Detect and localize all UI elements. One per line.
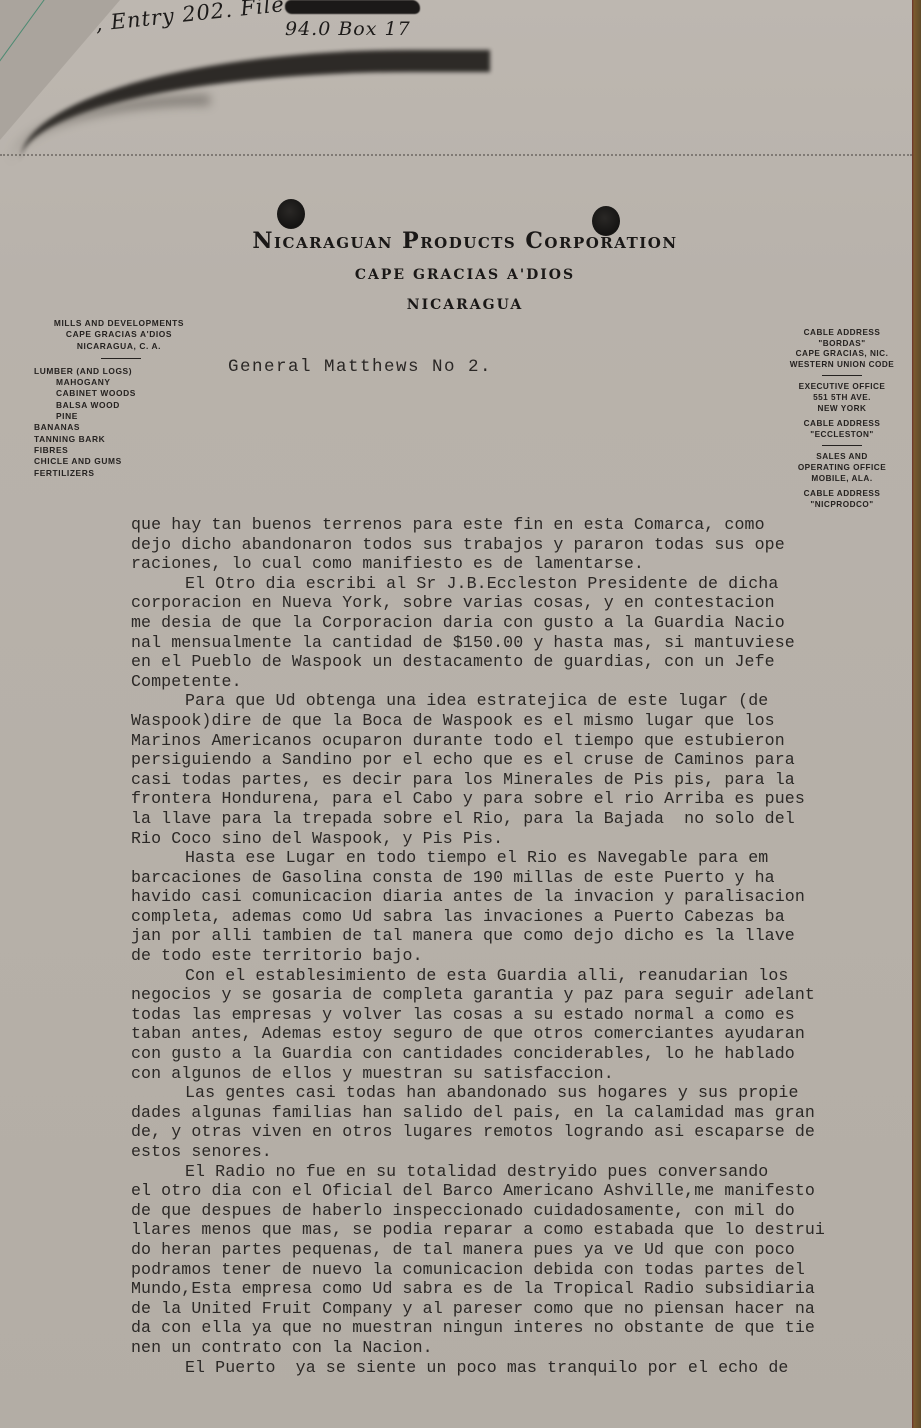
letter-line: de todo este territorio bajo.: [131, 946, 912, 966]
letter-salutation: General Matthews No 2.: [228, 357, 492, 377]
scanned-letter-page: , Entry 202. File 94.0 Box 17 Nicaraguan…: [0, 0, 912, 1428]
letterhead-location: CAPE GRACIAS A'DIOS: [160, 267, 770, 283]
product-item: LUMBER (AND LOGS): [34, 366, 214, 377]
office-info-line: EXECUTIVE OFFICE: [782, 382, 902, 393]
cable-info-line: WESTERN UNION CODE: [782, 360, 902, 371]
letter-line: Con el establesimiento de esta Guardia a…: [131, 966, 912, 986]
letter-line: Competente.: [131, 672, 912, 692]
letterhead-right-column: CABLE ADDRESS "BORDAS" CAPE GRACIAS, NIC…: [782, 328, 902, 510]
letter-line: raciones, lo cual como manifiesto es de …: [131, 554, 912, 574]
office-info-line: OPERATING OFFICE: [782, 463, 902, 474]
letter-line: El Otro dia escribi al Sr J.B.Eccleston …: [131, 574, 912, 594]
letter-line: el otro dia con el Oficial del Barco Ame…: [131, 1181, 912, 1201]
letter-body: que hay tan buenos terrenos para este fi…: [131, 515, 912, 1377]
product-item: PINE: [34, 411, 214, 422]
left-header-line: NICARAGUA, C. A.: [34, 341, 204, 352]
product-item: BALSA WOOD: [34, 400, 214, 411]
left-header-line: MILLS AND DEVELOPMENTS: [34, 318, 204, 329]
divider: [822, 445, 862, 446]
letter-line: de que despues de haberlo inspeccionado …: [131, 1201, 912, 1221]
product-item: BANANAS: [34, 422, 214, 433]
office-info-line: MOBILE, ALA.: [782, 474, 902, 485]
cable-info-line: "NICPRODCO": [782, 500, 902, 511]
letter-line: que hay tan buenos terrenos para este fi…: [131, 515, 912, 535]
letter-line: do heran partes pequenas, de tal manera …: [131, 1240, 912, 1260]
product-item: FERTILIZERS: [34, 468, 214, 479]
punch-hole-left: [277, 199, 305, 229]
left-header-line: CAPE GRACIAS A'DIOS: [34, 329, 204, 340]
letter-line: Waspook)dire de que la Boca de Waspook e…: [131, 711, 912, 731]
cable-info-line: CABLE ADDRESS: [782, 328, 902, 339]
cable-info-line: "ECCLESTON": [782, 430, 902, 441]
product-item: MAHOGANY: [34, 377, 214, 388]
letter-line: Las gentes casi todas han abandonado sus…: [131, 1083, 912, 1103]
letter-line: estos senores.: [131, 1142, 912, 1162]
letter-line: nal mensualmente la cantidad de $150.00 …: [131, 633, 912, 653]
cable-info-line: "BORDAS": [782, 339, 902, 350]
page-fold-line: [0, 154, 912, 157]
page-edge-background: [912, 0, 921, 1428]
letter-line: todas las empresas y volver las cosas a …: [131, 1005, 912, 1025]
handwritten-box-number: 94.0 Box 17: [285, 18, 411, 40]
letter-line: podramos tener de nuevo la comunicacion …: [131, 1260, 912, 1280]
letter-line: con gusto a la Guardia con cantidades co…: [131, 1044, 912, 1064]
cable-info-line: CABLE ADDRESS: [782, 489, 902, 500]
letter-line: Mundo,Esta empresa como Ud sabra es de l…: [131, 1279, 912, 1299]
divider: [822, 375, 862, 376]
letter-line: casi todas partes, es decir para los Min…: [131, 770, 912, 790]
letterhead-country: NICARAGUA: [160, 297, 770, 313]
letter-line: con algunos de ellos y muestran su satis…: [131, 1064, 912, 1084]
product-item: TANNING BARK: [34, 434, 214, 445]
cable-info-line: CAPE GRACIAS, NIC.: [782, 349, 902, 360]
letter-line: de, y otras viven en otros lugares remot…: [131, 1122, 912, 1142]
letter-line: Marinos Americanos ocuparon durante todo…: [131, 731, 912, 751]
letter-line: havido casi comunicacion diaria antes de…: [131, 887, 912, 907]
letter-line: taban antes, Ademas estoy seguro de que …: [131, 1024, 912, 1044]
handwritten-archive-note: , Entry 202. File: [94, 0, 286, 36]
letter-line: dades algunas familias han salido del pa…: [131, 1103, 912, 1123]
letter-line: persiguiendo a Sandino por el echo que e…: [131, 750, 912, 770]
letter-line: en el Pueblo de Waspook un destacamento …: [131, 652, 912, 672]
letter-line: llares menos que mas, se podia reparar a…: [131, 1220, 912, 1240]
letter-line: nen un contrato con la Nacion.: [131, 1338, 912, 1358]
divider: [101, 358, 141, 359]
product-item: CABINET WOODS: [34, 388, 214, 399]
product-item: FIBRES: [34, 445, 214, 456]
office-info-line: SALES AND: [782, 452, 902, 463]
letter-line: da con ella ya que no muestran ningun in…: [131, 1318, 912, 1338]
letter-line: dejo dicho abandonaron todos sus trabajo…: [131, 535, 912, 555]
letterhead-left-column: MILLS AND DEVELOPMENTS CAPE GRACIAS A'DI…: [34, 318, 214, 479]
letter-line: El Puerto ya se siente un poco mas tranq…: [131, 1358, 912, 1378]
letter-line: de la United Fruit Company y al pareser …: [131, 1299, 912, 1319]
letter-line: jan por alli tambien de tal manera que c…: [131, 926, 912, 946]
office-info-line: 551 5TH AVE.: [782, 393, 902, 404]
product-item: CHICLE AND GUMS: [34, 456, 214, 467]
letter-line: frontera Hondurena, para el Cabo y para …: [131, 789, 912, 809]
letter-line: Para que Ud obtenga una idea estratejica…: [131, 691, 912, 711]
letter-line: completa, ademas como Ud sabra las invac…: [131, 907, 912, 927]
letter-line: Hasta ese Lugar en todo tiempo el Rio es…: [131, 848, 912, 868]
letter-line: la llave para la trepada sobre el Rio, p…: [131, 809, 912, 829]
letter-line: barcaciones de Gasolina consta de 190 mi…: [131, 868, 912, 888]
letter-line: El Radio no fue en su totalidad destryid…: [131, 1162, 912, 1182]
letter-line: Rio Coco sino del Waspook, y Pis Pis.: [131, 829, 912, 849]
letterhead-company-name: Nicaraguan Products Corporation: [160, 228, 770, 254]
cable-info-line: CABLE ADDRESS: [782, 419, 902, 430]
letter-line: negocios y se gosaria de completa garant…: [131, 985, 912, 1005]
office-info-line: NEW YORK: [782, 404, 902, 415]
letter-line: corporacion en Nueva York, sobre varias …: [131, 593, 912, 613]
redaction-mark: [285, 0, 420, 14]
letter-line: me desia de que la Corporacion daria con…: [131, 613, 912, 633]
